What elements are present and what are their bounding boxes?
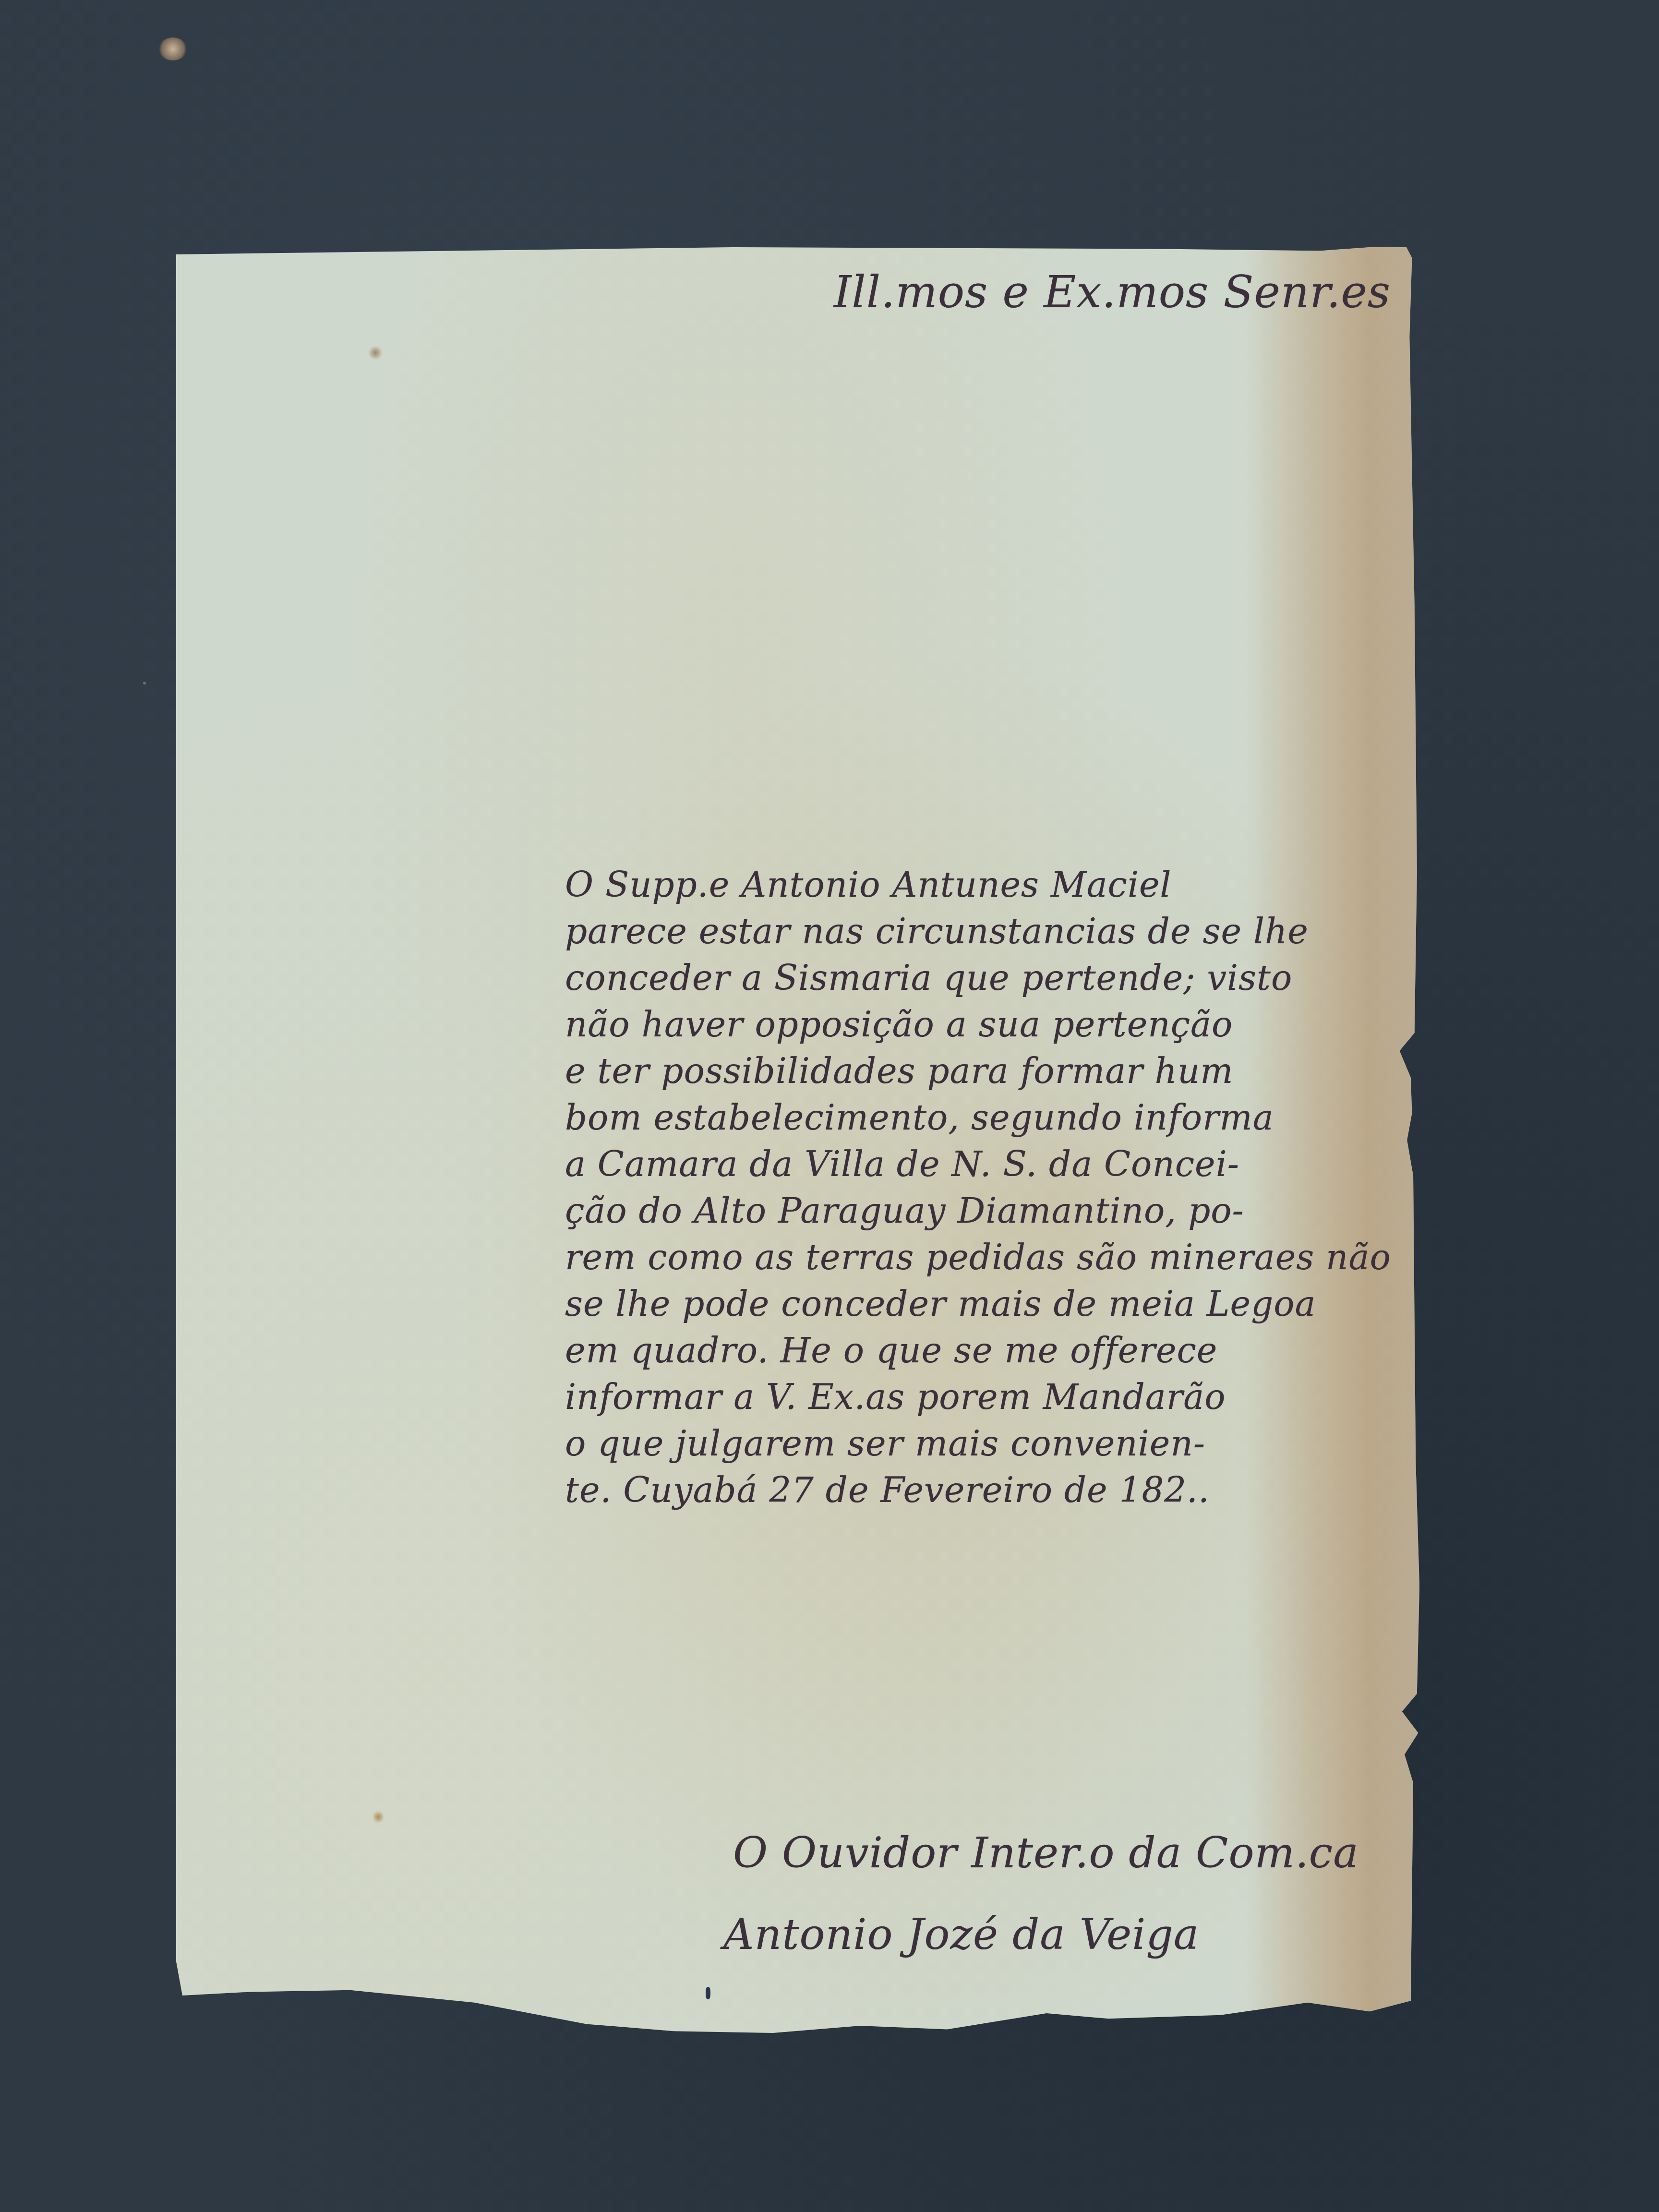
body-line: em quadro. He o que se me offerece — [565, 1327, 1424, 1374]
body-line: O Supp.e Antonio Antunes Maciel — [565, 862, 1424, 908]
body-line: informar a V. Ex.as porem Mandarão — [565, 1374, 1424, 1420]
ink-spot — [706, 1987, 710, 1999]
background-speck — [143, 682, 146, 685]
background-debris — [158, 37, 187, 60]
date-line: te. Cuyabá 27 de Fevereiro de 182.. — [565, 1467, 1424, 1514]
body-line: o que julgarem ser mais convenien- — [565, 1420, 1424, 1467]
body-line: bom estabelecimento, segundo informa — [565, 1094, 1424, 1141]
body-line: a Camara da Villa de N. S. da Concei- — [565, 1141, 1424, 1188]
body-line: se lhe pode conceder mais de meia Legoa — [565, 1281, 1424, 1327]
signatory-title: O Ouvidor Inter.o da Com.ca — [733, 1822, 1359, 1884]
letter-body: O Supp.e Antonio Antunes Maciel parece e… — [565, 862, 1424, 1514]
body-line: ção do Alto Paraguay Diamantino, po- — [565, 1188, 1424, 1234]
salutation: Ill.mos e Ex.mos Senr.es — [834, 266, 1391, 318]
signature-block: O Ouvidor Inter.o da Com.ca Antonio Jozé… — [733, 1822, 1359, 1966]
body-line: não haver opposição a sua pertenção — [565, 1001, 1424, 1048]
manuscript-page: Ill.mos e Ex.mos Senr.es O Supp.e Antoni… — [176, 247, 1419, 2033]
body-line: rem como as terras pedidas são mineraes … — [565, 1234, 1424, 1281]
signatory-name: Antonio Jozé da Veiga — [723, 1903, 1359, 1966]
body-line: conceder a Sismaria que pertende; visto — [565, 955, 1424, 1001]
foxing-spot — [368, 346, 383, 360]
body-line: parece estar nas circunstancias de se lh… — [565, 908, 1424, 955]
body-line: e ter possibilidades para formar hum — [565, 1048, 1424, 1094]
foxing-spot — [373, 1810, 384, 1824]
